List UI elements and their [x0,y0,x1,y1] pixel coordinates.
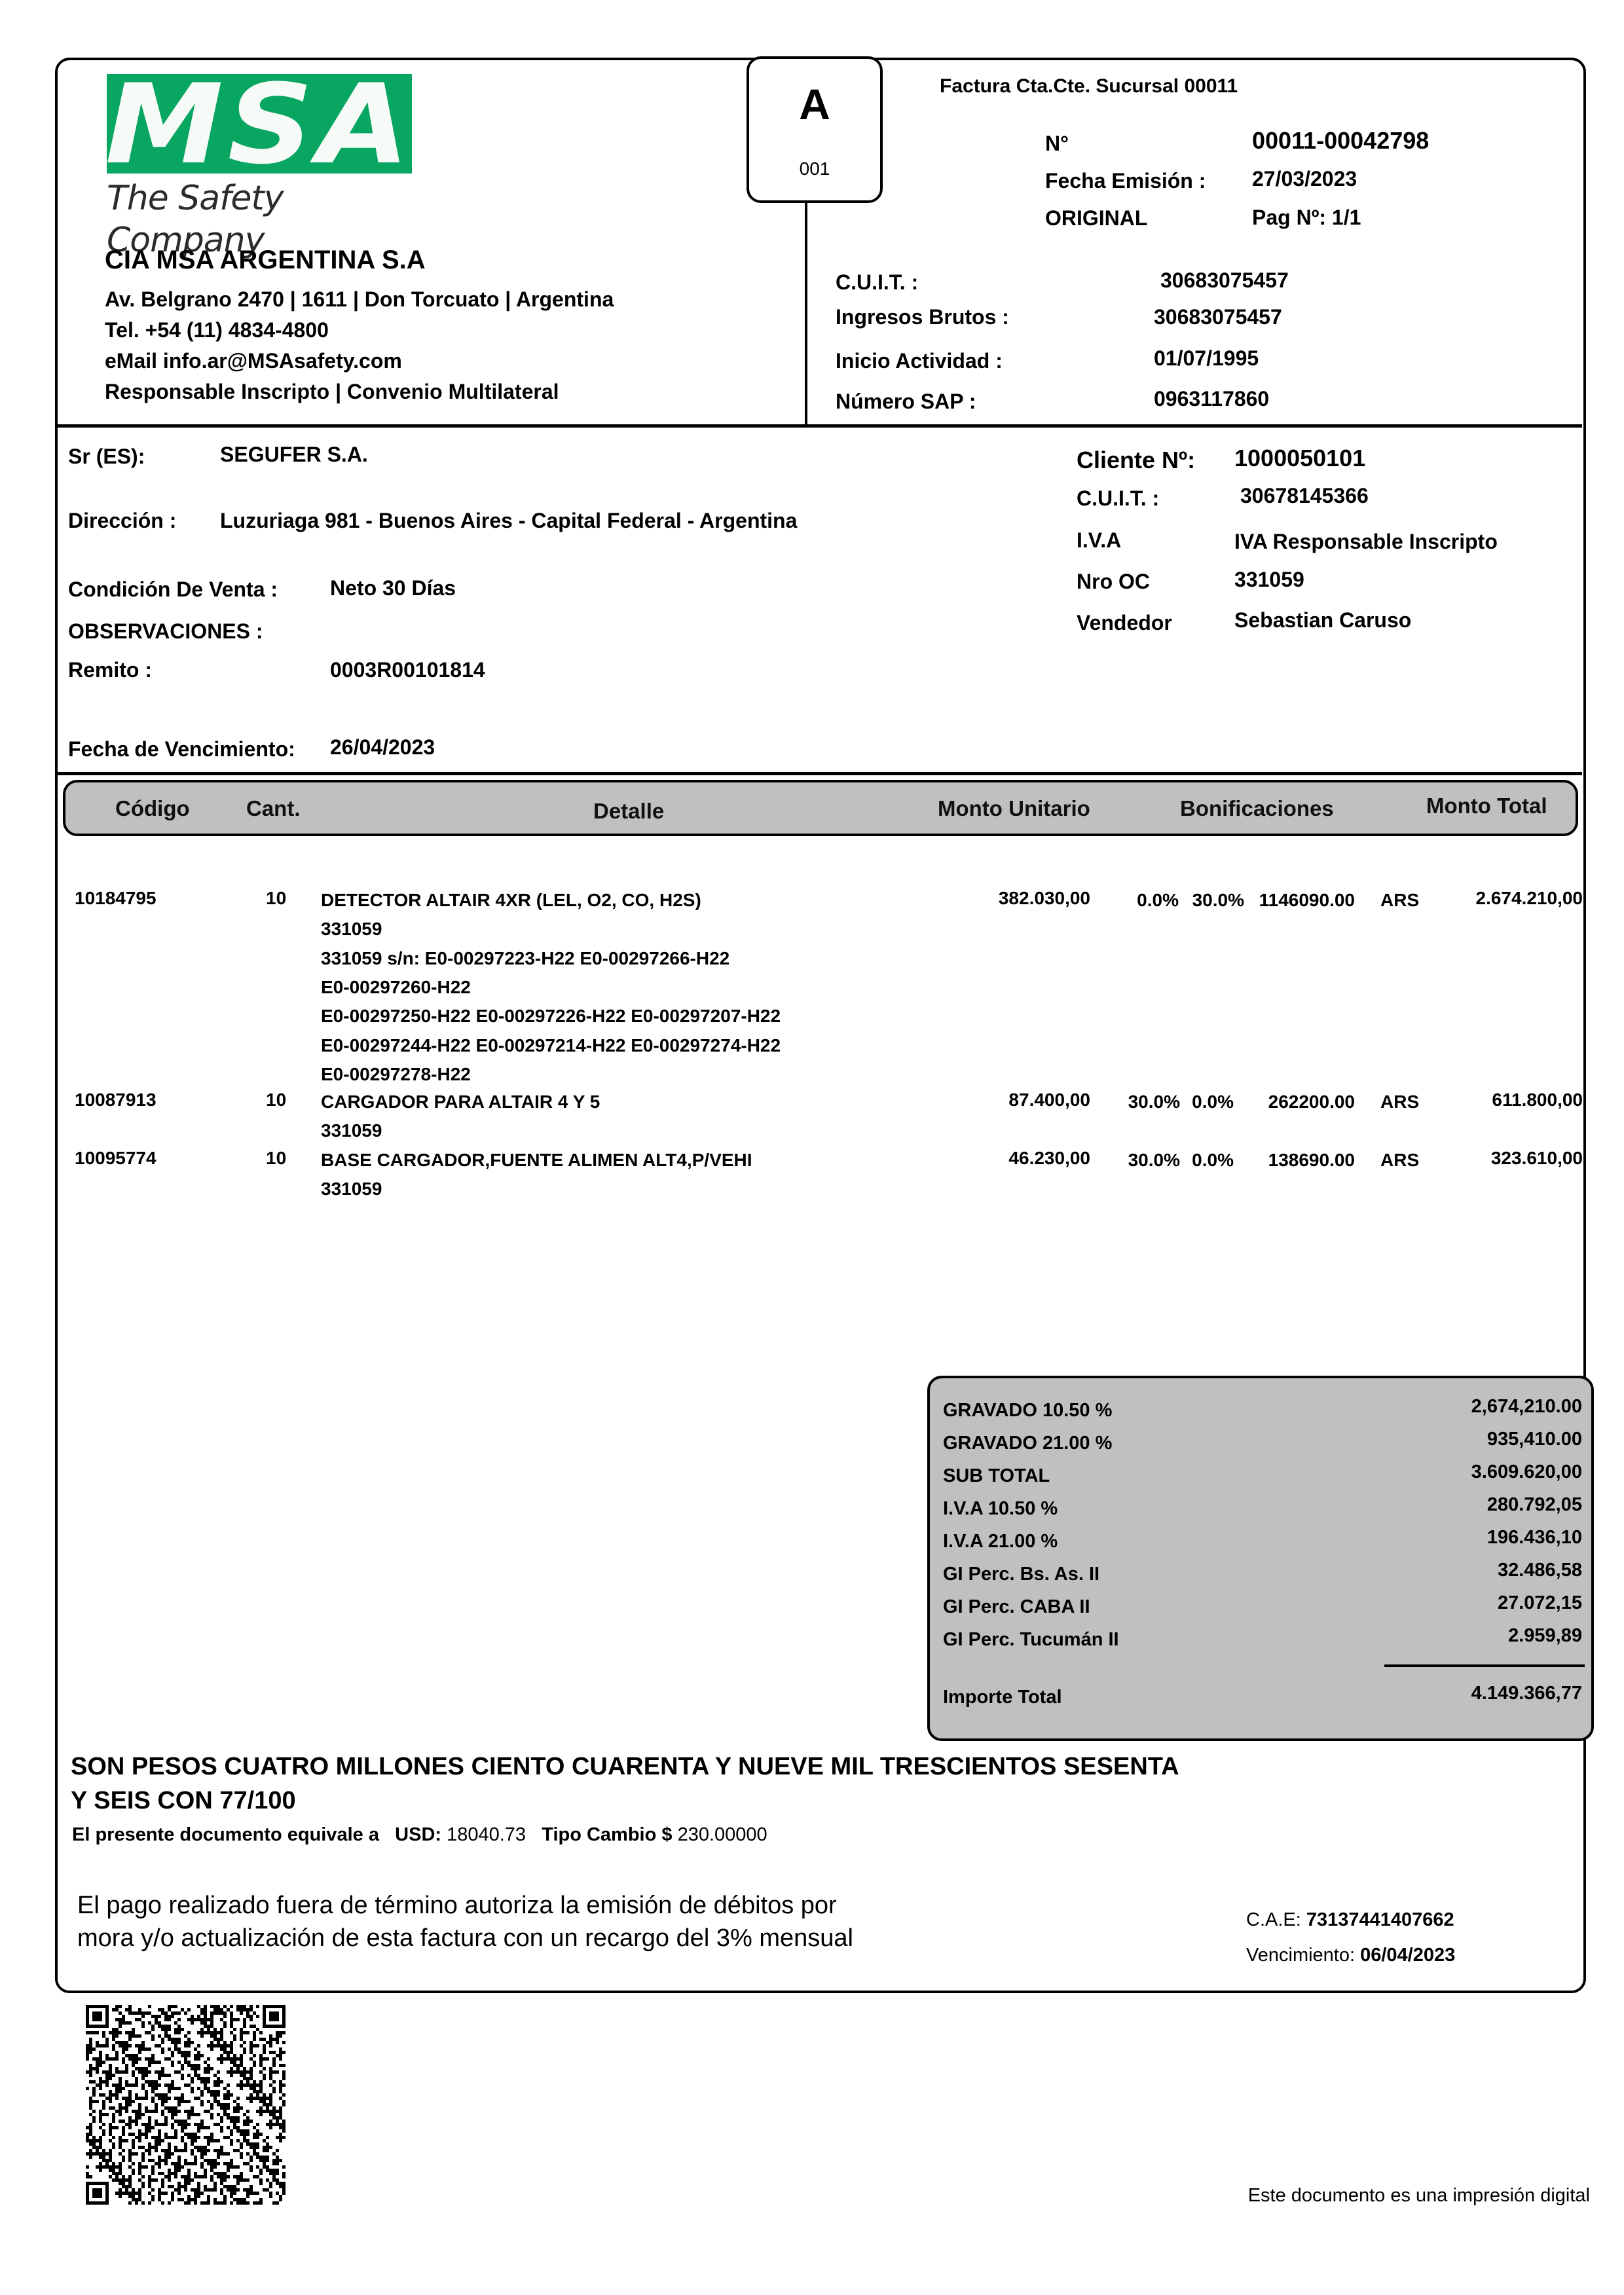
amount-in-words-line1: SON PESOS CUATRO MILLONES CIENTO CUARENT… [71,1752,1179,1781]
item-discount-1: 30.0% [1128,1149,1180,1171]
item-detail-line: E0-00297278-H22 [321,1063,471,1086]
item-qty: 10 [266,1147,286,1169]
activity-start-label: Inicio Actividad : [836,348,1003,373]
company-tax-status: Responsable Inscripto | Convenio Multila… [105,379,559,404]
item-detail-line: E0-00297244-H22 E0-00297214-H22 E0-00297… [321,1035,781,1057]
client-number-label: Cliente Nº: [1077,447,1195,474]
customer-name-label: Sr (ES): [68,444,145,469]
late-payment-note-line2: mora y/o actualización de esta factura c… [77,1924,853,1953]
totals-line-value: 2,674,210.00 [1471,1395,1582,1418]
invoice-number-label: N° [1045,131,1069,156]
totals-line-value: 3.609.620,00 [1471,1461,1582,1483]
item-discount-2: 30.0% [1192,889,1244,911]
item-discount-amount: 1146090.00 [1259,889,1355,911]
cae-label: C.A.E: [1246,1909,1301,1930]
item-total: 611.800,00 [1492,1089,1583,1111]
item-code: 10087913 [75,1089,157,1111]
item-discount-1: 0.0% [1137,889,1179,911]
item-discount-2: 0.0% [1192,1091,1234,1113]
customer-address-label: Dirección : [68,508,176,533]
totals-line-value: 280.792,05 [1487,1494,1582,1516]
po-number: 331059 [1234,567,1304,592]
seller-label: Vendedor [1077,610,1172,635]
remito-label: Remito : [68,657,152,682]
header-total: Monto Total [1426,793,1547,819]
amount-in-words-line2: Y SEIS CON 77/100 [71,1786,296,1815]
invoice-type-letter: A [749,81,880,127]
item-total: 323.610,00 [1491,1147,1583,1169]
item-qty: 10 [266,1089,286,1111]
client-number: 1000050101 [1234,445,1365,472]
qr-code-icon [86,2005,286,2205]
due-date-label: Fecha de Vencimiento: [68,737,295,762]
company-name: CIA MSA ARGENTINA S.A [105,245,426,275]
items-table-header: Código Cant. Detalle Monto Unitario Boni… [63,780,1578,836]
customer-divider [56,772,1582,775]
page-number: Pag Nº: 1/1 [1252,205,1361,230]
header-discounts: Bonificaciones [1180,796,1334,822]
iibb-value: 30683075457 [1154,304,1282,329]
totals-line-label: SUB TOTAL [943,1465,1050,1487]
logo-brand-text: MSA [94,75,424,174]
totals-line-value: 196.436,10 [1487,1526,1582,1549]
company-email: eMail info.ar@MSAsafety.com [105,348,402,373]
remito-number: 0003R00101814 [330,657,485,682]
iva-condition: IVA Responsable Inscripto [1234,529,1498,554]
item-discount-2: 0.0% [1192,1149,1234,1171]
seller-name: Sebastian Caruso [1234,608,1411,633]
item-discount-amount: 262200.00 [1268,1091,1355,1113]
totals-line-label: GI Perc. CABA II [943,1596,1090,1618]
sale-condition: Neto 30 Días [330,576,456,600]
issuer-cuit-label: C.U.I.T. : [836,270,918,295]
activity-start: 01/07/1995 [1154,346,1259,371]
customer-name: SEGUFER S.A. [220,442,368,467]
totals-box: GRAVADO 10.50 %2,674,210.00GRAVADO 21.00… [927,1376,1594,1741]
item-unit-price: 382.030,00 [999,887,1090,909]
sale-condition-label: Condición De Venta : [68,577,278,602]
item-code: 10095774 [75,1147,157,1169]
invoice-title: Factura Cta.Cte. Sucursal 00011 [940,75,1238,98]
customer-address: Luzuriaga 981 - Buenos Aires - Capital F… [220,508,797,533]
item-detail-line: 331059 s/n: E0-00297223-H22 E0-00297266-… [321,947,729,970]
copy-label: ORIGINAL [1045,206,1147,230]
item-discount-1: 30.0% [1128,1091,1180,1113]
item-detail-line: E0-00297260-H22 [321,976,471,999]
customer-cuit: 30678145366 [1240,483,1369,508]
usd-value: 18040.73 [447,1824,526,1845]
invoice-number: 00011-00042798 [1252,127,1429,155]
totals-line-value: 32.486,58 [1498,1559,1582,1581]
totals-line-label: GRAVADO 21.00 % [943,1432,1112,1454]
cae: C.A.E: 73137441407662 [1246,1909,1454,1931]
item-currency: ARS [1380,1149,1419,1171]
totals-line-value: 2.959,89 [1508,1625,1582,1647]
grand-total-value: 4.149.366,77 [1471,1682,1582,1704]
invoice-type-box: A 001 [747,56,883,203]
header-qty: Cant. [246,796,301,822]
late-payment-note-line1: El pago realizado fuera de término autor… [77,1891,837,1920]
iva-label: I.V.A [1077,528,1121,553]
issue-date: 27/03/2023 [1252,166,1357,191]
totals-line-label: I.V.A 21.00 % [943,1530,1058,1552]
header-code: Código [115,796,190,822]
equivalence-prefix: El presente documento equivale a [72,1824,379,1845]
totals-line-label: GI Perc. Tucumán II [943,1628,1119,1651]
issuer-cuit: 30683075457 [1160,268,1289,293]
item-discount-amount: 138690.00 [1268,1149,1355,1171]
item-detail-line: 331059 [321,918,382,940]
item-unit-price: 46.230,00 [1008,1147,1090,1169]
customer-cuit-label: C.U.I.T. : [1077,486,1159,511]
item-detail-line: BASE CARGADOR,FUENTE ALIMEN ALT4,P/VEHI [321,1149,752,1171]
invoice-type-code: 001 [749,158,880,179]
po-label: Nro OC [1077,569,1150,594]
item-currency: ARS [1380,889,1419,911]
cae-due: Vencimiento: 06/04/2023 [1246,1944,1455,1966]
company-logo: MSA The Safety Company [107,74,412,221]
item-detail-line: E0-00297250-H22 E0-00297226-H22 E0-00297… [321,1005,781,1027]
item-detail-line: 331059 [321,1120,382,1142]
totals-line-value: 27.072,15 [1498,1592,1582,1614]
exchange-rate-label: Tipo Cambio $ [542,1824,672,1845]
issue-date-label: Fecha Emisión : [1045,168,1206,193]
item-total: 2.674.210,00 [1476,887,1583,909]
company-address: Av. Belgrano 2470 | 1611 | Don Torcuato … [105,287,614,312]
total-rule [1384,1664,1585,1667]
header-unit-price: Monto Unitario [938,796,1090,822]
exchange-rate-value: 230.00000 [678,1824,767,1845]
observations-label: OBSERVACIONES : [68,619,263,644]
sap-label: Número SAP : [836,389,976,414]
header-vertical-divider [805,196,807,427]
usd-label: USD: [395,1824,441,1845]
iibb-label: Ingresos Brutos : [836,304,1009,329]
logo-tagline: The Safety Company [107,177,412,219]
item-currency: ARS [1380,1091,1419,1113]
due-date: 26/04/2023 [330,735,435,760]
totals-line-value: 935,410.00 [1487,1428,1582,1450]
totals-line-label: GI Perc. Bs. As. II [943,1563,1099,1585]
cae-number: 73137441407662 [1306,1909,1454,1930]
item-detail-line: 331059 [321,1178,382,1200]
item-code: 10184795 [75,887,157,909]
item-unit-price: 87.400,00 [1008,1089,1090,1111]
totals-line-label: GRAVADO 10.50 % [943,1399,1112,1422]
item-qty: 10 [266,887,286,909]
digital-print-notice: Este documento es una impresión digital [1248,2184,1590,2207]
item-detail-line: CARGADOR PARA ALTAIR 4 Y 5 [321,1091,600,1113]
cae-due-date: 06/04/2023 [1360,1945,1455,1966]
item-detail-line: DETECTOR ALTAIR 4XR (LEL, O2, CO, H2S) [321,889,701,911]
header-divider [56,424,1582,428]
usd-equivalence: El presente documento equivale a USD: 18… [72,1824,767,1846]
company-phone: Tel. +54 (11) 4834-4800 [105,318,329,342]
totals-line-label: I.V.A 10.50 % [943,1497,1058,1520]
grand-total-label: Importe Total [943,1686,1062,1708]
sap-number: 0963117860 [1154,386,1269,411]
cae-due-label: Vencimiento: [1246,1945,1355,1966]
header-detail: Detalle [593,798,664,824]
